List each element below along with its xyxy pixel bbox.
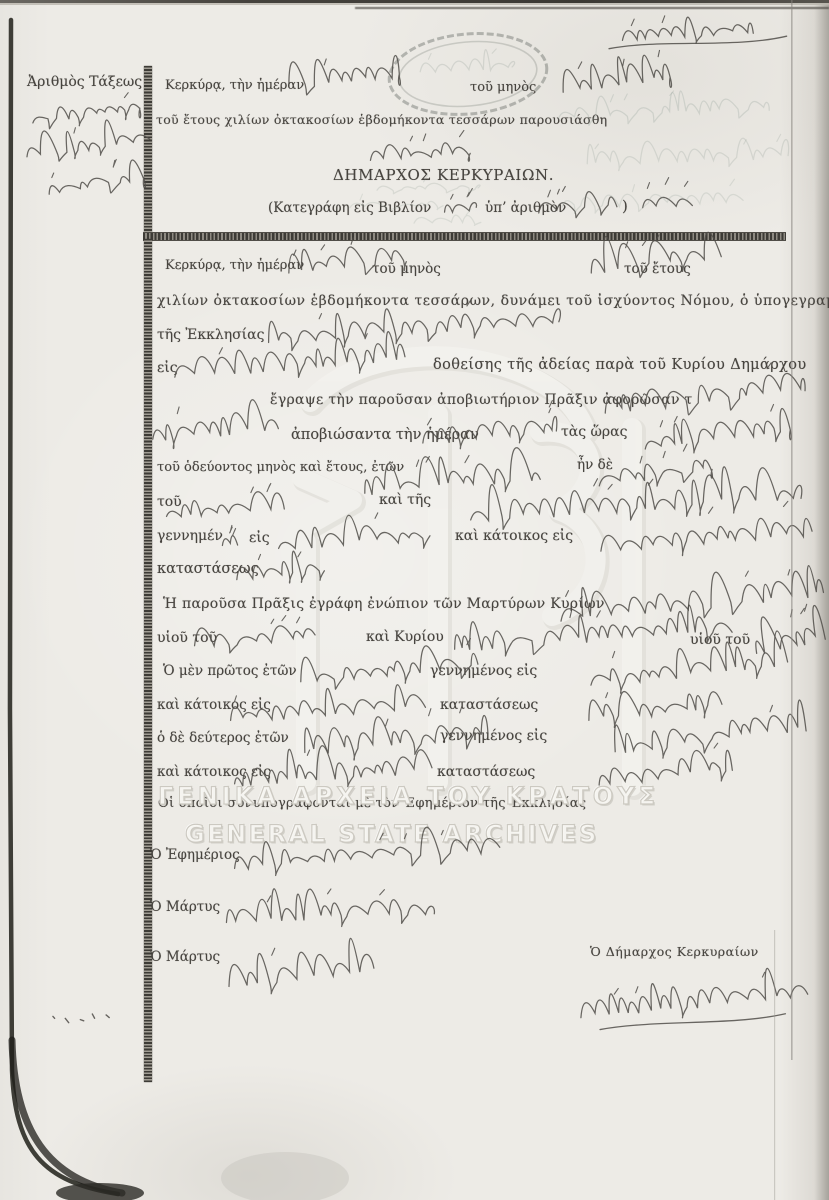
witness1-signature (223, 879, 437, 938)
bleed-3 (559, 178, 745, 218)
witness-label-1: Ὁ Μάρτυς (150, 899, 220, 915)
stamp-inner-marks (417, 47, 514, 82)
priest-label: Ὁ Ἐφημέριος (150, 847, 240, 863)
act-place-day: Κερκύρᾳ, τὴν ἡμέραν (165, 258, 304, 273)
left-place-note (148, 393, 282, 456)
witness2-signature (223, 934, 378, 1003)
born-eis-label: εἰς (249, 530, 270, 546)
header-of-month: τοῦ μηνὸς (470, 80, 536, 95)
bottom-ink-marks (50, 1006, 121, 1028)
scanned-document-page: Ἀριθμὸς Τάξεως Κερκύρᾳ, τὴν ἡμέραν τοῦ μ… (0, 0, 829, 1200)
bleed-4 (375, 176, 480, 196)
first-aged-label: Ὁ μὲν πρῶτος ἐτῶν (163, 663, 297, 679)
top-day (284, 44, 403, 102)
status-entry (232, 541, 328, 594)
born-stem-label: γεννημέν (157, 528, 223, 544)
bleed-5 (348, 194, 446, 213)
father-name (163, 480, 288, 530)
page-top-edge-second-line (355, 7, 829, 9)
page-top-edge-light (0, 3, 829, 5)
header-year-line: τοῦ ἔτους χιλίων ὀκτακοσίων ἑβδομήκοντα … (156, 112, 607, 127)
second-status-label: καταστάσεως (437, 764, 535, 780)
mayor-label: Ὁ Δήμαρχος Κερκυραίων (590, 944, 759, 959)
top-official-signature (367, 129, 473, 172)
bleed-6 (412, 212, 484, 228)
main-month (584, 219, 725, 289)
bleed-2 (584, 131, 790, 176)
witness-label-2: Ὁ Μάρτυς (150, 949, 220, 965)
header-place-day: Κερκύρᾳ, τὴν ἡμέραν (165, 78, 304, 93)
